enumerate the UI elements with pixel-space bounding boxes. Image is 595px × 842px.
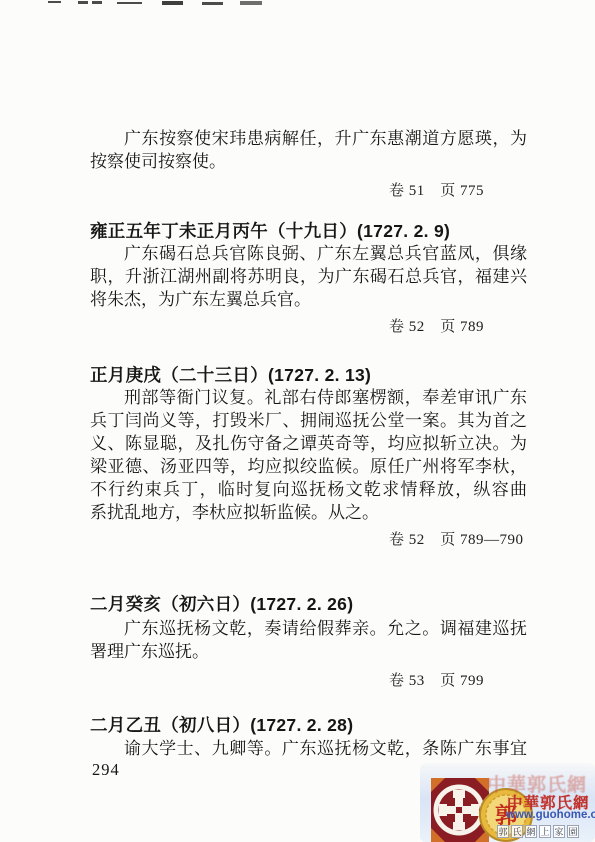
- watermark-tagline-char: 家: [553, 825, 565, 838]
- watermark-url: www.guohome.org: [506, 809, 595, 821]
- entry-heading: 正月庚戌（二十三日）(1727. 2. 13): [90, 362, 550, 387]
- watermark-tagline-char: 郭: [497, 825, 509, 838]
- body-line: 按察使司按察使。: [90, 150, 527, 173]
- watermark-tagline-char: 網: [525, 825, 537, 838]
- entry-heading: 二月癸亥（初六日）(1727. 2. 26): [90, 591, 550, 616]
- entry-paragraph: 广东碣石总兵官陈良弼、广东左翼总兵官蓝凤，俱缘事革 职，升浙江湖州副将苏明良，为…: [90, 242, 527, 311]
- watermark-tagline-char: 園: [567, 825, 579, 838]
- scanned-book-page: 广东按察使宋玮患病解任，升广东惠潮道方愿瑛，为广东 按察使司按察使。 卷 51 …: [0, 0, 595, 842]
- source-citation: 卷 52 页 789—790: [389, 528, 524, 549]
- entry-paragraph: 刑部等衙门议复。礼部右侍郎塞楞额，奉差审讯广东驻防 兵丁闫尚义等，打毁米厂、拥闹…: [90, 386, 527, 524]
- body-line: 义、陈显聪，及扎伤守备之谭英奇等，均应拟斩立决。为从之: [90, 432, 527, 455]
- body-line: 职，升浙江湖州副将苏明良，为广东碣石总兵官，福建兴化副: [90, 265, 527, 288]
- body-line: 兵丁闫尚义等，打毁米厂、拥闹巡抚公堂一案。其为首之闫尚: [90, 409, 527, 432]
- entry-paragraph: 谕大学士、九卿等。广东巡抚杨文乾，条陈广东事宜三件：: [90, 737, 527, 760]
- entry-paragraph: 广东巡抚杨文乾，奏请给假葬亲。允之。调福建巡抚常赉， 署理广东巡抚。: [90, 617, 527, 663]
- source-citation: 卷 51 页 775: [389, 179, 484, 200]
- watermark-tagline-char: 上: [539, 825, 551, 838]
- body-line: 将朱杰，为广东左翼总兵官。: [90, 288, 527, 311]
- body-line: 谕大学士、九卿等。广东巡抚杨文乾，条陈广东事宜三件：: [90, 737, 527, 760]
- body-line: 广东按察使宋玮患病解任，升广东惠潮道方愿瑛，为广东: [90, 127, 527, 150]
- watermark-tagline-char: 氏: [511, 825, 523, 838]
- entry-heading: 雍正五年丁未正月丙午（十九日）(1727. 2. 9): [90, 218, 550, 243]
- entry-paragraph: 广东按察使宋玮患病解任，升广东惠潮道方愿瑛，为广东 按察使司按察使。: [90, 127, 527, 173]
- body-line: 广东巡抚杨文乾，奏请给假葬亲。允之。调福建巡抚常赉，: [90, 617, 527, 640]
- body-line: 署理广东巡抚。: [90, 640, 527, 663]
- page-number: 294: [92, 760, 120, 780]
- watermark-tagline: 郭氏網上家園: [497, 825, 595, 838]
- source-citation: 卷 52 页 789: [389, 315, 484, 336]
- body-line: 刑部等衙门议复。礼部右侍郎塞楞额，奉差审讯广东驻防: [90, 386, 527, 409]
- body-line: 不行约束兵丁，临时复向巡抚杨文乾求情释放，纵容曲庇、明: [90, 478, 527, 501]
- body-line: 系扰乱地方，李杕应拟斩监候。从之。: [90, 501, 527, 524]
- source-citation: 卷 53 页 799: [389, 669, 484, 690]
- body-line: 梁亚德、汤亚四等，均应拟绞监候。原任广州将军李杕，平时: [90, 455, 527, 478]
- entry-heading: 二月乙丑（初八日）(1727. 2. 28): [90, 712, 550, 737]
- body-line: 广东碣石总兵官陈良弼、广东左翼总兵官蓝凤，俱缘事革: [90, 242, 527, 265]
